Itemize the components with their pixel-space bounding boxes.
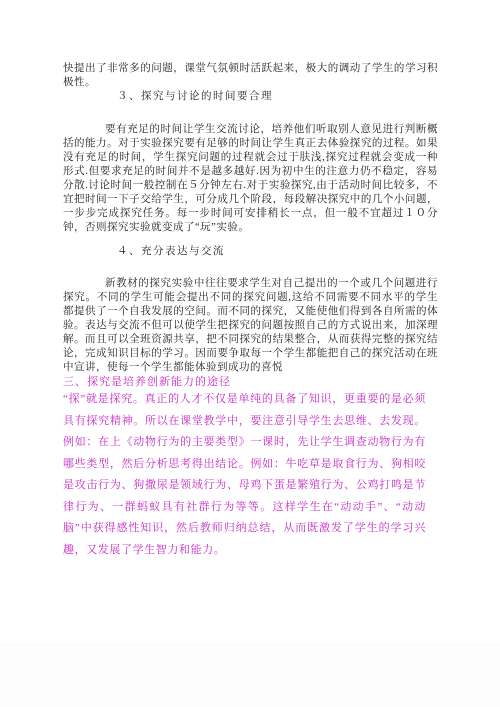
page-bottom-margin (0, 643, 500, 707)
section-heading-innovation: 三、探究是培养创新能力的途径 (63, 375, 438, 389)
document-page: 快提出了非常多的问题，课堂气氛顿时活跃起来，极大的调动了学生的学习积极性。 ３、… (0, 0, 500, 707)
numbered-heading-4: ４、充分表达与交流 (63, 245, 438, 259)
numbered-heading-3: ３、探究与讨论的时间要合理 (63, 90, 438, 104)
paragraph-expression-exchange: 新教材的探究实验中往往要求学生对自己提出的一个或几个问题进行探究。不同的学生可能… (63, 277, 438, 375)
paragraph-continuation: 快提出了非常多的问题，课堂气氛顿时活跃起来，极大的调动了学生的学习积极性。 (63, 62, 438, 90)
document-content: 快提出了非常多的问题，课堂气氛顿时活跃起来，极大的调动了学生的学习积极性。 ３、… (0, 0, 500, 561)
paragraph-innovation-ability: “探”就是探究。真正的人才不仅是单纯的具备了知识，更重要的是必须具有探究精神。所… (63, 389, 438, 561)
paragraph-discussion-time: 要有充足的时间让学生交流讨论，培养他们听取别人意见进行判断概括的能力。对于实验探… (63, 123, 438, 235)
